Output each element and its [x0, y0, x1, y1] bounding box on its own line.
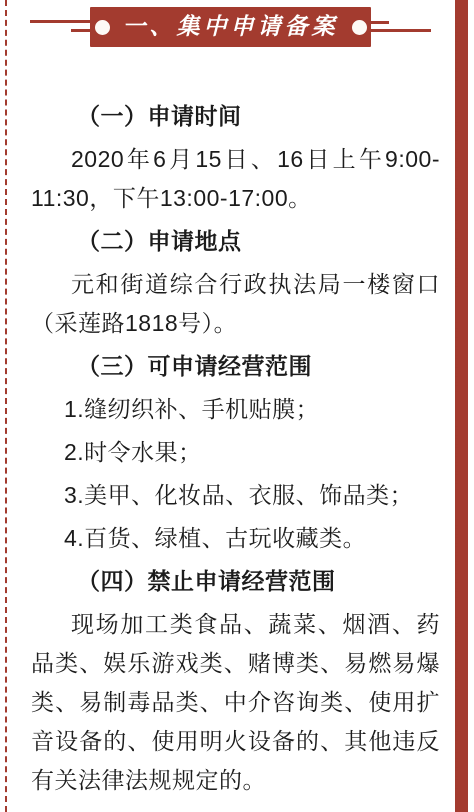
article-body: （一）申请时间 2020年6月15日、16日上午9:00-11:30，下午13:… [31, 97, 440, 804]
list-item: 2.时令水果； [31, 433, 440, 472]
section-header: 一、集中申请备案 [0, 0, 474, 70]
subsection-heading: （二）申请地点 [31, 222, 440, 261]
list-item: 1.缝纫织补、手机贴膜； [31, 390, 440, 429]
bullet-dot-icon [352, 20, 367, 35]
section-banner-title: 一、集中申请备案 [123, 15, 339, 40]
list-item: 4.百货、绿植、古玩收藏类。 [31, 519, 440, 558]
bullet-dot-icon [95, 20, 110, 35]
decor-line-right-long [371, 29, 431, 32]
decor-line-right-short [371, 21, 389, 24]
section-banner: 一、集中申请备案 [90, 7, 371, 47]
paragraph: 现场加工类食品、蔬菜、烟酒、药品类、娱乐游戏类、赌博类、易燃易爆类、易制毒品类、… [31, 605, 440, 800]
subsection-heading: （三）可申请经营范围 [31, 347, 440, 386]
subsection-heading: （四）禁止申请经营范围 [31, 562, 440, 601]
decor-line-left-long [30, 20, 90, 23]
list-item: 3.美甲、化妆品、衣服、饰品类； [31, 476, 440, 515]
page-left-dashed-border [5, 0, 7, 812]
page-right-red-bar [455, 0, 468, 812]
paragraph: 元和街道综合行政执法局一楼窗口（采莲路1818号）。 [31, 265, 440, 343]
decor-line-left-short [71, 29, 90, 32]
paragraph: 2020年6月15日、16日上午9:00-11:30，下午13:00-17:00… [31, 140, 440, 218]
subsection-heading: （一）申请时间 [31, 97, 440, 136]
